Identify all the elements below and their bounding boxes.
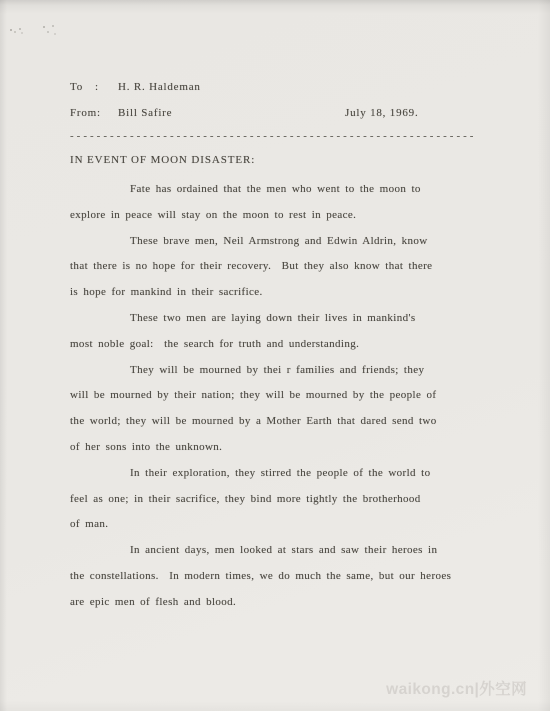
memo-line: In their exploration, they stirred the p… bbox=[70, 461, 510, 487]
memo-line: of her sons into the unknown. bbox=[70, 435, 510, 461]
watermark: waikong.cn|外空网 bbox=[386, 677, 527, 699]
memo-line: explore in peace will stay on the moon t… bbox=[70, 203, 510, 229]
from-label: From: bbox=[70, 107, 101, 119]
memo-line: They will be mourned by thei r families … bbox=[70, 358, 510, 384]
memo-line: that there is no hope for their recovery… bbox=[70, 254, 510, 280]
memo-line: most noble goal: the search for truth an… bbox=[70, 332, 510, 358]
paper-speck-cluster bbox=[10, 29, 12, 31]
memo-to-row: To : H. R. Haldeman bbox=[70, 81, 490, 95]
to-value: H. R. Haldeman bbox=[118, 81, 201, 93]
memo-line: will be mourned by their nation; they wi… bbox=[70, 383, 510, 409]
divider-dashes: ----------------------------------------… bbox=[70, 130, 476, 142]
memo-line: of man. bbox=[70, 512, 510, 538]
memo-line: In ancient days, men looked at stars and… bbox=[70, 538, 510, 564]
to-label: To bbox=[70, 81, 83, 93]
memo-line: These brave men, Neil Armstrong and Edwi… bbox=[70, 229, 510, 255]
memo-date: July 18, 1969. bbox=[345, 107, 419, 119]
memo-body: Fate has ordained that the men who went … bbox=[70, 177, 510, 616]
memo-line: is hope for mankind in their sacrifice. bbox=[70, 280, 510, 306]
from-value: Bill Safire bbox=[118, 107, 172, 119]
memo-line: the world; they will be mourned by a Mot… bbox=[70, 409, 510, 435]
memo-from-row: From: Bill Safire July 18, 1969. bbox=[70, 107, 490, 121]
memo-page: To : H. R. Haldeman From: Bill Safire Ju… bbox=[0, 0, 550, 711]
memo-subject: IN EVENT OF MOON DISASTER: bbox=[70, 154, 255, 166]
memo-line: Fate has ordained that the men who went … bbox=[70, 177, 510, 203]
memo-line: feel as one; in their sacrifice, they bi… bbox=[70, 487, 510, 513]
memo-line: the constellations. In modern times, we … bbox=[70, 564, 510, 590]
memo-line: These two men are laying down their live… bbox=[70, 306, 510, 332]
to-colon: : bbox=[95, 81, 99, 93]
memo-line: are epic men of flesh and blood. bbox=[70, 590, 510, 616]
